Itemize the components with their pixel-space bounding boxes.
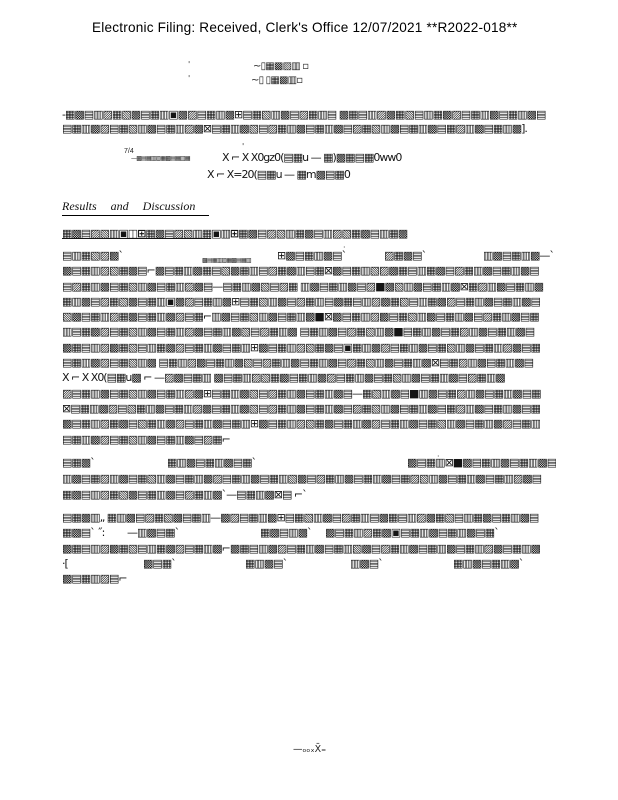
subsection-heading-underlined: ▦▩▤▨▧▥▣◫⊞▦▩▤▨▧▥▦ <box>62 227 211 240</box>
line-fragment: ▥▩▤▦▥▩—` <box>483 248 554 263</box>
paragraph-line: ▤▦▥▩▨▤▦▧▥▩▤▦▥▩▤▨▦⌐ <box>62 432 556 447</box>
paragraph-line: ▤▦▥▩▨▤▦▧▥▩▤▦▥▨▩⊠▤▦▥▩▧▤▨▦▥▩▤▦▥▩▤▨▦▧▥▩▤▦▥▩… <box>62 122 556 136</box>
paragraph-line: ▤▦▩▥„ ▦▥▩▤▨▦▧▩▤▦▥—▩▨▤▦▥▩⊞▤▦▧▥▩▤▨▦▥▤▩▦▤▥▨… <box>62 510 556 525</box>
ink-speck: ' <box>188 60 190 69</box>
line-fragment: ▩▤▦▥▨▦▩▣▤▦▥▩▤▦▥▩▤▦` <box>325 525 499 540</box>
main-body-paragraph: ▤▥▦▧▨▩` ▩▤▦▥▨▦▩▤▦▥ ⊞▩▤▦▥▩▤` ▨▦▩▤` ▥▩▤▦▥▩… <box>62 248 556 447</box>
ink-speck: ' <box>188 74 190 83</box>
paragraph-line: ▥▩▤▦▨▥▩▤▦▧▥▩▤▦▥▩▨▤▦▥▩▤▦▥▧▩▤▨▦▥▩▤▦▥▩▤▦▨▧▥… <box>62 471 556 487</box>
paragraph-line: ▩▤▦▥▨▤⌐ <box>62 571 556 586</box>
line-fragment-small: ▩▤▦▥▨▦▩▤▦▥ <box>202 253 251 263</box>
address-line: ~▯ ▯▦▩▥▫ <box>251 75 302 86</box>
equation-line: X ⌐ X X0gz0(▤▦u — ▦)▩▦▤▦0ww0 <box>222 151 401 164</box>
paragraph-line: ▧▩▤▦▥▨▦▩▤▦▥▩▨▤▦⌐▥▩▤▦▧▥▩▤▦▥▩■⊠▩▤▦▥▨▩▤▦▧▥▩… <box>62 309 556 324</box>
paragraph-1: -▦▩▤▥▨▦▧▩▤▦▥▣▩▨▤▦▥▩⊞▤▦▧▥▩▤▨▦▥▤ ▩▦▤▥▨▩▦▧▤… <box>62 108 556 136</box>
paragraph-line: ▦▩▤▥▨▦▧▩▤▦▥▩▤▨▦▥▩`—▤▦▥▩⊠▤ ⌐` <box>62 487 556 503</box>
line-fragment: ▤▥▦▧▨▩` <box>62 248 123 263</box>
paragraph-line: ▩▤▦▥▨▦▩▤▧▦▥▩▨▤▦▥▩▤▦▥⊞▩▤▦▥▨▧▦▩▤▦▥▩▨▤▦▥▩▤▦… <box>62 416 556 431</box>
paragraph-line: ▥▤▦▩▨▤▦▧▥▩▤▦▥▨▩▤▦▥▩▧▤▨▦▥▩ ▤▦▥▩▤▨▦▧▥▩■▤▦▥… <box>62 324 556 339</box>
paragraph-line: ▤▨▦▥▩▤▦▧▥▩▤▦▥▨▩▤—▤▦▥▩▧▤▨▦ ▥▩▤▦▥▩▤▨■▩▧▥▩▤… <box>62 279 556 294</box>
paragraph-line: X ⌐ X X0(▤▦u▩ ⌐ —▨▩▤▦▥ ▩▤▦▥▨▧▦▩▤▦▥▩▨▤▦▥▩… <box>62 370 556 385</box>
page-number-mark: —ₒₒₓX̄₌ <box>293 744 326 755</box>
results-and-discussion-heading: Results and Discussion <box>62 199 209 216</box>
paragraph-line: ▤▦▥▩▨▤▦▧▥▩ ▤▦▥▨▩▤▦▥▩▧▤▨▦▥▩▤▦▥▩▤▨▦▧▥▩▤▦▥▩… <box>62 355 556 370</box>
address-line: ~▯▦▩▨▥ ▫ <box>253 61 308 72</box>
paragraph-2: ▤▦▩` ▦▥▩▤▦▥▩▤▦` ▩▤▦▥⊠■▩▤▦▥▩▤▦▥▩▤▦ ▥▩▤▦▨▥… <box>62 455 556 502</box>
line-fragment: ⊞▩▤▦▥▩▤` <box>277 248 346 263</box>
paragraph-line: ▨▤▦▥▩▤▦▧▥▩▤▦▥▨▩⊞▤▦▥▩▧▤▨▦▥▩▤▦▥▩▤—▦▧▥▩▤■▥▩… <box>62 386 556 401</box>
line-fragment: ▥▩▤` <box>350 556 383 571</box>
equation-superscript: 7/4 <box>124 148 134 155</box>
line-fragment: —▥▩▤▦` <box>127 525 179 540</box>
line-fragment: ▤▦▩` <box>62 455 95 471</box>
subsection-heading: ▦▩▤▨▧▥▣◫⊞▦▩▤▨▧▥▦▣▥⊞▦▩▤▨▧▥▦▩▤▥▨▧▦▩▤▥▦▩ <box>62 224 407 242</box>
subsection-heading-rest: ▣▥⊞▦▩▤▨▧▥▦▩▤▥▨▧▦▩▤▥▦▩ <box>211 227 407 240</box>
paragraph-line: ⊠▤▦▥▩▨▤▧▦▥▩▤▦▥▨▩▤▦▥▩▧▤▨▦▥▩▤▦▥▩▤▨▦▧▥▩▤▦▥▩… <box>62 401 556 416</box>
ink-speck: ' <box>242 142 244 151</box>
line-fragment: ▦▩▤▥▩` <box>260 525 311 540</box>
paragraph-line: ▤▥▦▧▨▩` ▩▤▦▥▨▦▩▤▦▥ ⊞▩▤▦▥▩▤` ▨▦▩▤` ▥▩▤▦▥▩… <box>62 248 556 263</box>
paragraph-line: ▦▩▤` ˝: —▥▩▤▦` ▦▩▤▥▩` ▩▤▦▥▨▦▩▣▤▦▥▩▤▦▥▩▤▦… <box>62 525 556 540</box>
line-fragment: ▨▦▩▤` <box>384 248 426 263</box>
line-fragment: ·[ <box>62 556 68 571</box>
paragraph-line: ·[ ▩▤▦` ▦▥▩▤` ▥▩▤` ▦▥▩▤▦▥▩` <box>62 556 556 571</box>
paragraph-line: ▩▤▦▥▨▧▦▩▤⌐▩▤▦▥▩▦▤▧▩▦▥▤▨▦▩▥▤▦⊠▩▤▦▥▧▨▩▦▤▥▦… <box>62 263 556 278</box>
paragraph-3: ▤▦▩▥„ ▦▥▩▤▨▦▧▩▤▦▥—▩▨▤▦▥▩⊞▤▦▧▥▩▤▨▦▥▤▩▦▤▥▨… <box>62 510 556 586</box>
line-fragment: ▦▥▩▤▦▥▩▤▦` <box>167 455 256 471</box>
line-fragment: ▦▩▤` ˝: <box>62 525 104 540</box>
document-page: Electronic Filing: Received, Clerk's Off… <box>0 0 618 800</box>
line-fragment: ▩▤▦▥⊠■▩▤▦▥▩▤▦▥▩▤▦ <box>407 455 556 471</box>
paragraph-line: ▤▦▩` ▦▥▩▤▦▥▩▤▦` ▩▤▦▥⊠■▩▤▦▥▩▤▦▥▩▤▦ <box>62 455 556 471</box>
equation-line: X ⌐ X=20(▤▦u — ▦m▩▤▦0 <box>207 168 350 181</box>
filing-stamp-header: Electronic Filing: Received, Clerk's Off… <box>92 20 518 35</box>
paragraph-line: -▦▩▤▥▨▦▧▩▤▦▥▣▩▨▤▦▥▩⊞▤▦▧▥▩▤▨▦▥▤ ▩▦▤▥▨▩▦▧▤… <box>62 108 556 122</box>
paragraph-line: ▩▦▤▥▨▩▦▧▤▥▦▩▨▤▦▥▩⌐▩▦▤▥▩▨▤▦▥▩▤▦▥▧▩▤▨▦▥▩▤▦… <box>62 541 556 556</box>
line-fragment: ▦▥▩▤` <box>245 556 287 571</box>
equation-side-note: —▩▤▦▥▨▦▩▤▦▥▦ <box>131 155 190 162</box>
line-fragment: ▩▤▦` <box>143 556 176 571</box>
paragraph-line: ▩▦▤▥▨▩▦▧▤▥▦▩▨▤▦▥▩▤▦▥⊞▩▤▦▥▨▧▦▩▤▣▦▥▩▨▤▦▥▩▤… <box>62 340 556 355</box>
line-fragment: ▦▥▩▤▦▥▩` <box>453 556 523 571</box>
paragraph-line: ▦▥▩▤▨▦▧▩▤▦▥▣▩▨▤▦▥▩⊞▤▦▧▥▩▤▨▦▥▤▩▦▤▥▨▩▦▧▤▥▦… <box>62 294 556 309</box>
